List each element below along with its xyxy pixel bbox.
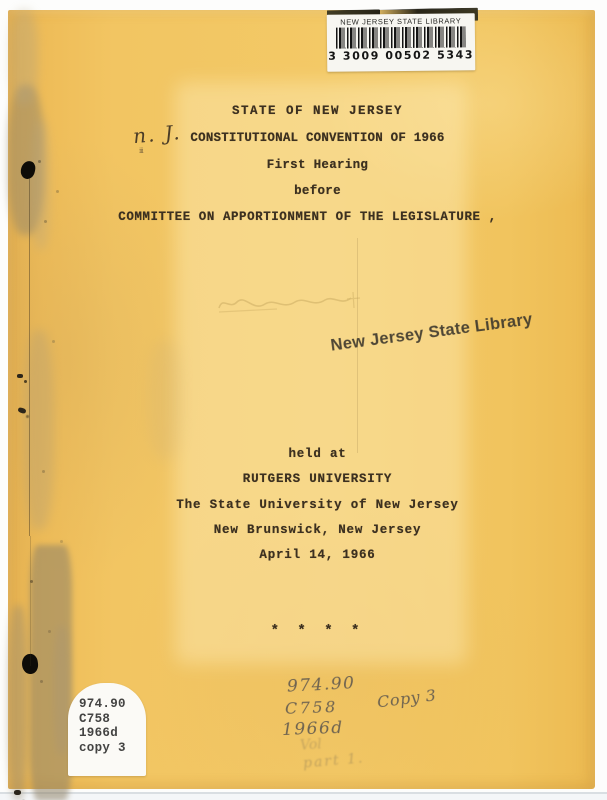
- call-line: copy 3: [79, 741, 126, 755]
- ink-mark: [17, 374, 23, 378]
- venue-line-held-at: held at: [30, 447, 605, 461]
- venue-line-university-subtitle: The State University of New Jersey: [30, 498, 605, 512]
- pencil-call-line: 974.90: [287, 673, 356, 697]
- scanned-document-page: NEW JERSEY STATE LIBRARY 3 3009 00502 53…: [0, 0, 607, 800]
- cover-smudge: [148, 340, 182, 460]
- barcode-library-name: NEW JERSEY STATE LIBRARY: [327, 16, 475, 27]
- venue-line-city: New Brunswick, New Jersey: [30, 523, 605, 537]
- barcode-label: NEW JERSEY STATE LIBRARY 3 3009 00502 53…: [327, 13, 476, 72]
- title-line-committee: COMMITTEE ON APPORTIONMENT OF THE LEGISL…: [20, 210, 595, 224]
- call-line: 974.90: [79, 697, 126, 711]
- pencil-faint-line: Vol: [299, 736, 322, 753]
- star-separator: * * * *: [30, 623, 605, 639]
- call-line: 1966d: [79, 726, 118, 740]
- spine-wear-patch: [10, 10, 38, 105]
- spine-wear-patch: [8, 605, 28, 800]
- title-line-state: STATE OF NEW JERSEY: [30, 104, 605, 118]
- barcode-number: 3 3009 00502 5343: [327, 48, 475, 63]
- pencil-call-line: C758: [285, 697, 338, 718]
- venue-line-university: RUTGERS UNIVERSITY: [30, 472, 605, 486]
- title-line-first-hearing: First Hearing: [30, 158, 605, 172]
- title-line-before: before: [30, 184, 605, 198]
- scan-edge-fill: [0, 794, 607, 800]
- ink-mark: [14, 790, 21, 795]
- call-line: C758: [79, 712, 110, 726]
- barcode-icon: [336, 26, 466, 48]
- faint-pencil-scribble: [213, 282, 363, 318]
- call-number-text: 974.90C7581966dcopy 3: [79, 697, 146, 755]
- call-number-label: 974.90C7581966dcopy 3: [68, 683, 146, 776]
- book-cover: [8, 10, 595, 789]
- handwritten-tick-marks: iii: [139, 147, 143, 155]
- title-line-convention: CONSTITUTIONAL CONVENTION OF 1966: [30, 131, 605, 145]
- venue-line-date: April 14, 1966: [30, 548, 605, 562]
